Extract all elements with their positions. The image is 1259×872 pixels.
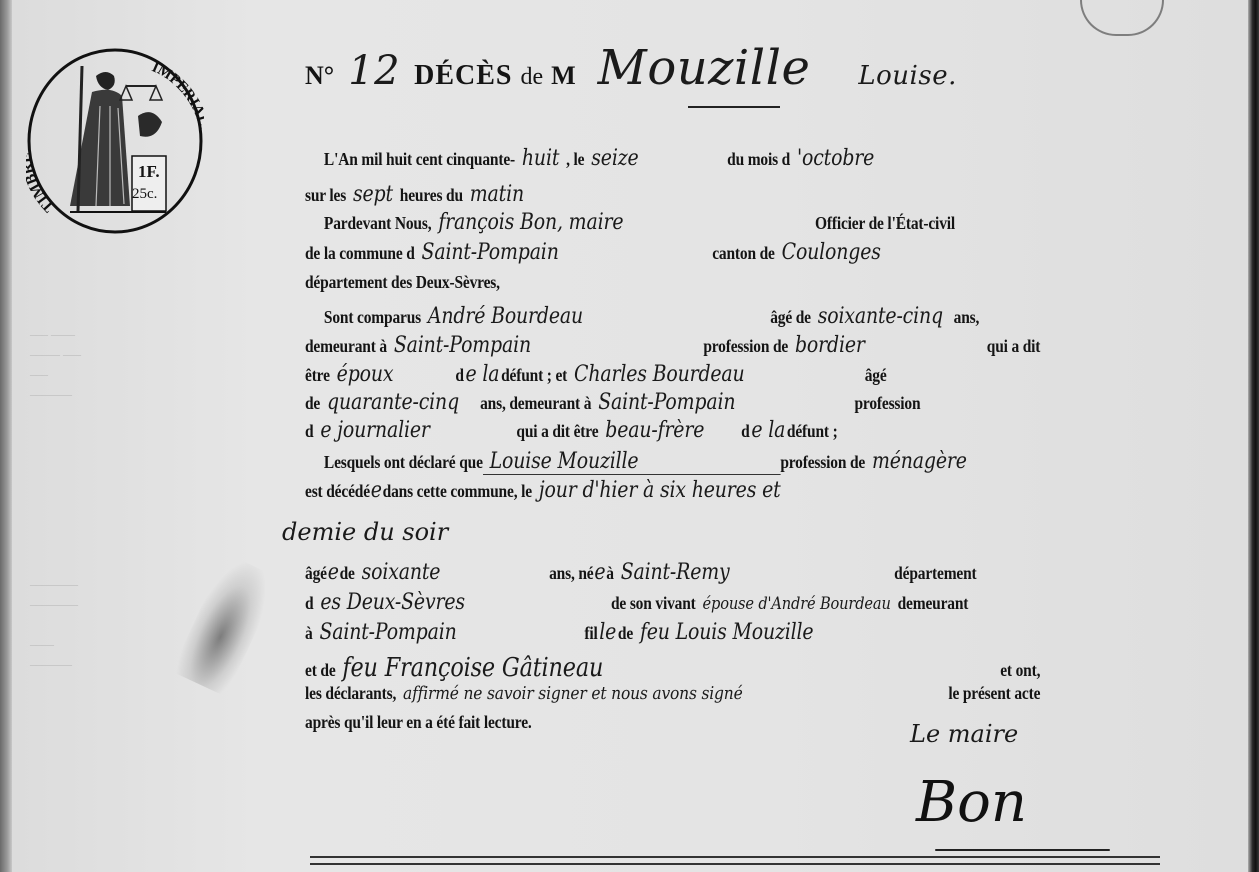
handwritten-relation-1: époux	[330, 362, 456, 387]
line-declarant-1-residence: demeurant à Saint-Pompain profession de …	[305, 333, 1040, 358]
bottom-double-rule	[310, 856, 1160, 865]
printed-text: demeurant	[898, 593, 969, 614]
handwritten-deceased-name: Louise Mouzille	[483, 449, 781, 475]
handwritten-declarant-2-profession: e journalier	[313, 418, 516, 443]
imperial-stamp-icon: TIMBRE IMPERIAL. 1F. 25c.	[26, 46, 204, 236]
handwritten-declarant-1-profession: bordier	[788, 333, 987, 358]
stamp-price-francs: 1F.	[138, 162, 160, 182]
printed-text: sur les	[305, 185, 346, 206]
handwritten-death-date: jour d'hier à six heures et	[532, 478, 788, 503]
printed-text: à	[305, 623, 313, 644]
printed-text: âgé	[865, 365, 887, 386]
line-spouse: d es Deux-Sèvres de son vivant épouse d'…	[305, 590, 1040, 615]
printed-text: après qu'il leur en a été fait lecture.	[305, 712, 532, 733]
printed-text: canton de	[712, 243, 775, 264]
handwritten-father: feu Louis Mouzille	[633, 620, 820, 645]
printed-text: dans cette commune, le	[383, 481, 532, 502]
printed-text: fil	[584, 623, 597, 644]
line-year: L'An mil huit cent cinquante- huit , le …	[305, 146, 1040, 171]
handwritten-declarant-2-name: Charles Bourdeau	[567, 362, 865, 387]
signature-underline	[935, 849, 1110, 851]
printed-text: L'An mil huit cent cinquante-	[305, 149, 515, 170]
line-father: à Saint-Pompain fil le de feu Louis Mouz…	[305, 620, 1040, 645]
printed-text: et de	[305, 660, 336, 681]
printed-text: de	[618, 623, 633, 644]
handwritten-declarant-1-age: soixante-cinq	[811, 304, 954, 329]
printed-text: heures du	[400, 185, 463, 206]
handwritten-residence: Saint-Pompain	[313, 620, 585, 645]
handwritten-relation-2: beau-frère	[598, 418, 741, 443]
printed-text: être	[305, 365, 330, 386]
printed-text: département des Deux-Sèvres,	[305, 272, 500, 293]
printed-text: d	[455, 365, 463, 386]
printed-text: Officier de l'État-civil	[815, 213, 955, 234]
printed-text: demeurant à	[305, 336, 387, 357]
handwritten-death-time: demie du soir	[282, 518, 448, 546]
title-rule	[688, 106, 780, 108]
handwritten-birth-department: es Deux-Sèvres	[313, 590, 611, 615]
handwritten-day: seize	[584, 146, 727, 171]
printed-text: profession de	[703, 336, 788, 357]
handwritten-declarant-2-residence: Saint-Pompain	[591, 390, 854, 415]
bleed-through-text: ___ _________ _____________	[30, 320, 81, 400]
de-label: de	[520, 64, 543, 91]
handwritten-article: e la	[464, 362, 501, 387]
printed-text: d	[741, 421, 749, 442]
printed-text: les déclarants,	[305, 683, 396, 704]
handwritten-canton: Coulonges	[775, 240, 888, 265]
handwritten-commune: Saint-Pompain	[415, 240, 713, 265]
handwritten-signing-statement: affirmé ne savoir signer et nous avons s…	[396, 683, 948, 704]
stamp-price-centimes: 25c.	[132, 186, 157, 203]
svg-text:TIMBRE: TIMBRE	[26, 152, 57, 215]
handwritten-hour: sept	[346, 182, 400, 207]
printed-text: d	[305, 593, 313, 614]
printed-text: ans, demeurant à	[480, 393, 591, 414]
printed-text: âgé de	[770, 307, 811, 328]
handwritten-declarant-2-age: quarante-cinq	[320, 390, 480, 415]
line-declarants: les déclarants, affirmé ne savoir signer…	[305, 683, 1040, 704]
printed-text: profession	[854, 393, 920, 414]
signature-label: Le maire	[910, 720, 1018, 748]
line-death-date: est décédé e dans cette commune, le jour…	[305, 478, 1040, 503]
handwritten-month: 'octobre	[790, 146, 881, 171]
printed-text: de la commune d	[305, 243, 415, 264]
printed-text: et ont,	[1000, 660, 1040, 681]
number-label: N°	[305, 61, 334, 91]
handwritten-declarant-1-name: André Bourdeau	[421, 304, 770, 329]
printed-text: âgé	[305, 563, 327, 584]
handwritten-officer: françois Bon, maire	[431, 210, 815, 235]
printed-text: Sont comparus	[305, 307, 421, 328]
m-label: M	[551, 61, 576, 91]
handwritten-deceased-profession: ménagère	[865, 449, 974, 474]
line-relation-2: d e journalier qui a dit être beau-frère…	[305, 418, 1040, 443]
line-commune: de la commune d Saint-Pompain canton de …	[305, 240, 1040, 265]
handwritten-mother: feu Françoise Gâtineau	[336, 653, 1001, 683]
printed-text: ans, né	[549, 563, 593, 584]
handwritten-spouse: épouse d'André Bourdeau	[696, 594, 898, 614]
line-declarant-2: de quarante-cinq ans, demeurant à Saint-…	[305, 390, 1040, 415]
mayor-signature: Bon	[916, 770, 1027, 835]
printed-text: défunt ;	[787, 421, 838, 442]
handwritten-birthplace: Saint-Remy	[614, 560, 894, 585]
printed-text: du mois d	[727, 149, 790, 170]
handwritten-year: huit	[515, 146, 566, 171]
handwritten-deceased-age: soixante	[355, 560, 549, 585]
handwritten-gender-suffix: e	[327, 560, 340, 585]
printed-text: Lesquels ont déclaré que	[305, 452, 483, 473]
line-relation-1: être époux d e la défunt ; et Charles Bo…	[305, 362, 1040, 387]
deceased-firstname: Louise.	[858, 61, 956, 91]
record-number: 12	[348, 48, 400, 94]
printed-text: défunt ; et	[501, 365, 567, 386]
printed-text: , le	[566, 149, 584, 170]
line-mother: et de feu Françoise Gâtineau et ont,	[305, 653, 1040, 683]
record-title: N° 12 DÉCÈS de M Mouzille Louise.	[305, 40, 957, 100]
printed-text: à	[606, 563, 614, 584]
printed-text: profession de	[780, 452, 865, 473]
printed-text: d	[305, 421, 313, 442]
line-declarant-1: Sont comparus André Bourdeau âgé de soix…	[305, 304, 1040, 329]
printed-text: qui a dit	[987, 336, 1041, 357]
handwritten-gender-suffix: e	[593, 560, 606, 585]
deceased-surname: Mouzille	[598, 40, 811, 96]
handwritten-time-of-day: matin	[463, 182, 531, 207]
printed-text: Pardevant Nous,	[305, 213, 431, 234]
line-hour: sur les sept heures du matin	[305, 182, 1040, 207]
printed-text: qui a dit être	[516, 421, 598, 442]
printed-text: de son vivant	[611, 593, 696, 614]
handwritten-declarant-1-residence: Saint-Pompain	[387, 333, 703, 358]
printed-text: ans,	[954, 307, 980, 328]
handwritten-gender-suffix: le	[598, 620, 618, 645]
page-binding-edge-left	[0, 0, 12, 872]
printed-text: le présent acte	[948, 683, 1040, 704]
printed-text: est décédé	[305, 481, 370, 502]
page-binding-edge-right	[1248, 0, 1259, 872]
line-officer: Pardevant Nous, françois Bon, maire Offi…	[305, 210, 1040, 235]
printed-text: de	[340, 563, 355, 584]
line-deceased: Lesquels ont déclaré que Louise Mouzille…	[305, 449, 1040, 475]
line-department: département des Deux-Sèvres,	[305, 272, 1040, 293]
handwritten-gender-suffix: e	[370, 478, 383, 503]
printed-text: de	[305, 393, 320, 414]
deces-label: DÉCÈS	[414, 60, 512, 92]
handwritten-article: e la	[750, 418, 787, 443]
line-age-birth: âgé e de soixante ans, né e à Saint-Remy…	[305, 560, 1040, 585]
bleed-through-text: ___________________________	[30, 570, 78, 670]
printed-text: département	[894, 563, 976, 584]
